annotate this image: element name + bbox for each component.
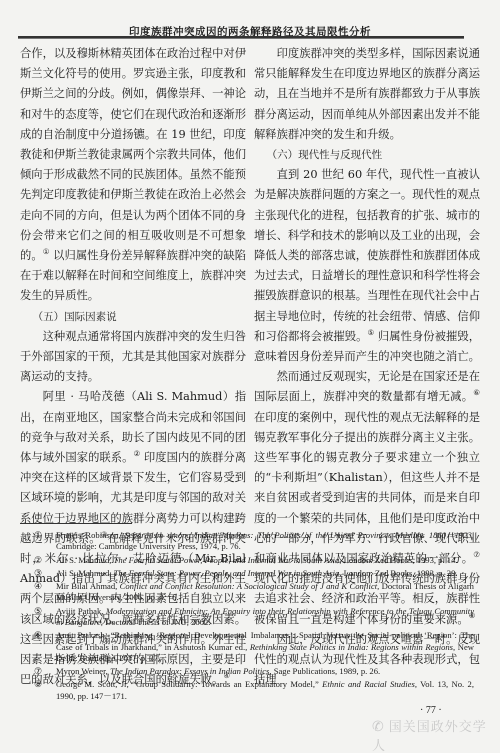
footnote-text: Francis Robinson, Separatism among India… [56, 530, 474, 553]
footnote-rule [20, 523, 132, 524]
footnote-number: ① [34, 530, 56, 553]
footnote-number: ⑦ [34, 666, 56, 677]
footnote: ⑦Myron Weiner, The Indian Paradox: Essay… [34, 666, 474, 677]
footnote-text: Avijit Pathak, Modernization and Ethnici… [56, 606, 474, 629]
footnote-ref[interactable]: ② [133, 449, 140, 458]
wechat-icon: ✆ [372, 719, 385, 735]
footnote: ②Ali S. Mahmud, The Fearful State: Power… [34, 555, 474, 566]
page-number: · 77 · [420, 705, 442, 716]
footnotes: ①Francis Robinson, Separatism among Indi… [34, 530, 474, 704]
paragraph: 合作，以及穆斯林精英团体在政治过程中对伊斯兰文化符号的使用。罗宾逊主张，印度教和… [20, 44, 246, 307]
footnote: ⑥Amit Prakash, “Rethinking ‘Regional Dev… [34, 630, 474, 664]
footnote-text: Amit Prakash, “Rethinking ‘Regional Deve… [56, 630, 474, 664]
footnote-text: George M. Scott, Jr, “Group Solidarity: … [56, 679, 474, 702]
section-heading: （五）国际因素说 [20, 307, 246, 327]
footnote-number: ④ [34, 581, 56, 604]
watermark-text: 国关国政外交学人 [372, 720, 487, 753]
footnote-text: Mir Bilal Ahmad, Conflict and Conflict R… [56, 581, 474, 604]
footnote: ①Francis Robinson, Separatism among Indi… [34, 530, 474, 553]
footnote-number: ② [34, 555, 56, 566]
footnote-number: ⑤ [34, 606, 56, 629]
footnote-text: Ali S. Mahmud, The Fearful State: Power,… [56, 555, 474, 566]
paragraph: 直到 20 世纪 60 年代，现代性一直被认为是解决族群问题的方案之一。现代性的… [254, 165, 480, 367]
footnote: ⑤Avijit Pathak, Modernization and Ethnic… [34, 606, 474, 629]
footnote: ⑧George M. Scott, Jr, “Group Solidarity:… [34, 679, 474, 702]
footnote: ④Mir Bilal Ahmad, Conflict and Conflict … [34, 581, 474, 604]
footnote-text: Ali S. Mahmud, The Fearful State: Power,… [56, 568, 474, 579]
header-rule [18, 36, 464, 39]
footnote-ref[interactable]: ⑤ [367, 328, 374, 337]
footnote-number: ③ [34, 568, 56, 579]
paragraph: 这种观点通常将国内族群冲突的发生归咎于外部国家的干预，尤其是其他国家对族群分离运… [20, 327, 246, 388]
footnote-number: ⑧ [34, 679, 56, 702]
watermark: ✆国关国政外交学人 [372, 716, 500, 753]
footnote: ③Ali S. Mahmud, The Fearful State: Power… [34, 568, 474, 579]
section-heading: （六）现代性与反现代性 [254, 145, 480, 165]
footnote-number: ⑥ [34, 630, 56, 664]
paragraph: 印度族群冲突的类型多样，国际因素说通常只能解释发生在印度边界地区的族群分离运动，… [254, 44, 480, 145]
footnote-ref[interactable]: ⑥ [473, 389, 480, 398]
footnote-ref[interactable]: ① [43, 247, 50, 256]
footnote-ref[interactable]: ⑦ [473, 550, 480, 559]
footnote-text: Myron Weiner, The Indian Paradox: Essays… [56, 666, 474, 677]
